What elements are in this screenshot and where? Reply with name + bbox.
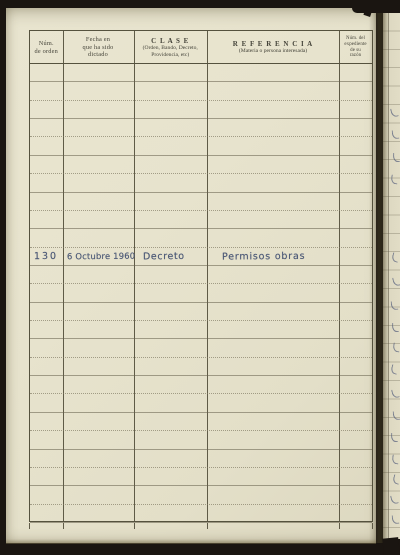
scanned-ledger-page: Núm. de orden Fecha en que ha sido dicta…: [0, 0, 400, 555]
next-page-table-line: [388, 13, 389, 539]
column-divider-stub: [339, 523, 340, 529]
registry-table: Núm. de orden Fecha en que ha sido dicta…: [29, 30, 373, 522]
ledger-next-page-edge: [383, 13, 400, 539]
handwriting-fragment: [391, 433, 398, 442]
table-row: [30, 303, 372, 321]
scanner-corner-top-right: [352, 0, 400, 13]
table-row: [30, 284, 372, 302]
table-rows-area: [30, 64, 372, 523]
table-row: [30, 413, 372, 431]
column-divider-stub: [372, 523, 373, 529]
column-header-referencia: R E F E R E N C I A (Materia o persona i…: [207, 31, 339, 64]
scanner-corner-bottom-right: [382, 537, 400, 555]
table-row: [30, 486, 372, 504]
table-row: [30, 211, 372, 229]
column-header-num-orden: Núm. de orden: [30, 31, 63, 64]
table-row: [30, 119, 372, 137]
handwriting-fragment: [392, 323, 399, 332]
column-divider-stub: [63, 523, 64, 529]
column-header-clase: C L A S E (Orden, Bando, Decreto, Provid…: [134, 31, 208, 64]
handwriting-fragment: [393, 153, 400, 162]
table-row: [30, 431, 372, 449]
table-row: [30, 137, 372, 155]
table-header-row: Núm. de orden Fecha en que ha sido dicta…: [30, 31, 372, 64]
table-row: [30, 376, 372, 394]
table-row: [30, 358, 372, 376]
entry-clase: Decreto: [143, 247, 215, 266]
column-header-fecha: Fecha en que ha sido dictado: [63, 31, 134, 64]
table-row: [30, 156, 372, 174]
table-row: [30, 468, 372, 486]
column-divider-stub: [29, 523, 30, 529]
table-row: [30, 505, 372, 523]
table-row: [30, 174, 372, 192]
ledger-left-page: Núm. de orden Fecha en que ha sido dicta…: [6, 8, 376, 543]
column-header-expediente: Núm. del expediente de su razón: [339, 31, 372, 64]
table-row: [30, 64, 372, 82]
table-row: [30, 394, 372, 412]
clase-subtitle: (Orden, Bando, Decreto, Providencia, etc…: [143, 45, 198, 58]
table-row: [30, 229, 372, 247]
column-divider-stub: [134, 523, 135, 529]
clase-title: C L A S E: [151, 37, 189, 45]
referencia-subtitle: (Materia o persona interesada): [239, 48, 307, 54]
table-row: [30, 101, 372, 119]
table-row: [30, 450, 372, 468]
entry-numero-orden: 130: [30, 247, 62, 265]
table-row: [30, 321, 372, 339]
table-row: [30, 266, 372, 284]
table-row: [30, 339, 372, 357]
column-divider-stub: [207, 523, 208, 529]
table-row: [30, 193, 372, 211]
table-row: [30, 82, 372, 100]
entry-referencia: Permisos obras: [222, 247, 352, 266]
entry-fecha: 6 Octubre 1960: [67, 247, 137, 266]
